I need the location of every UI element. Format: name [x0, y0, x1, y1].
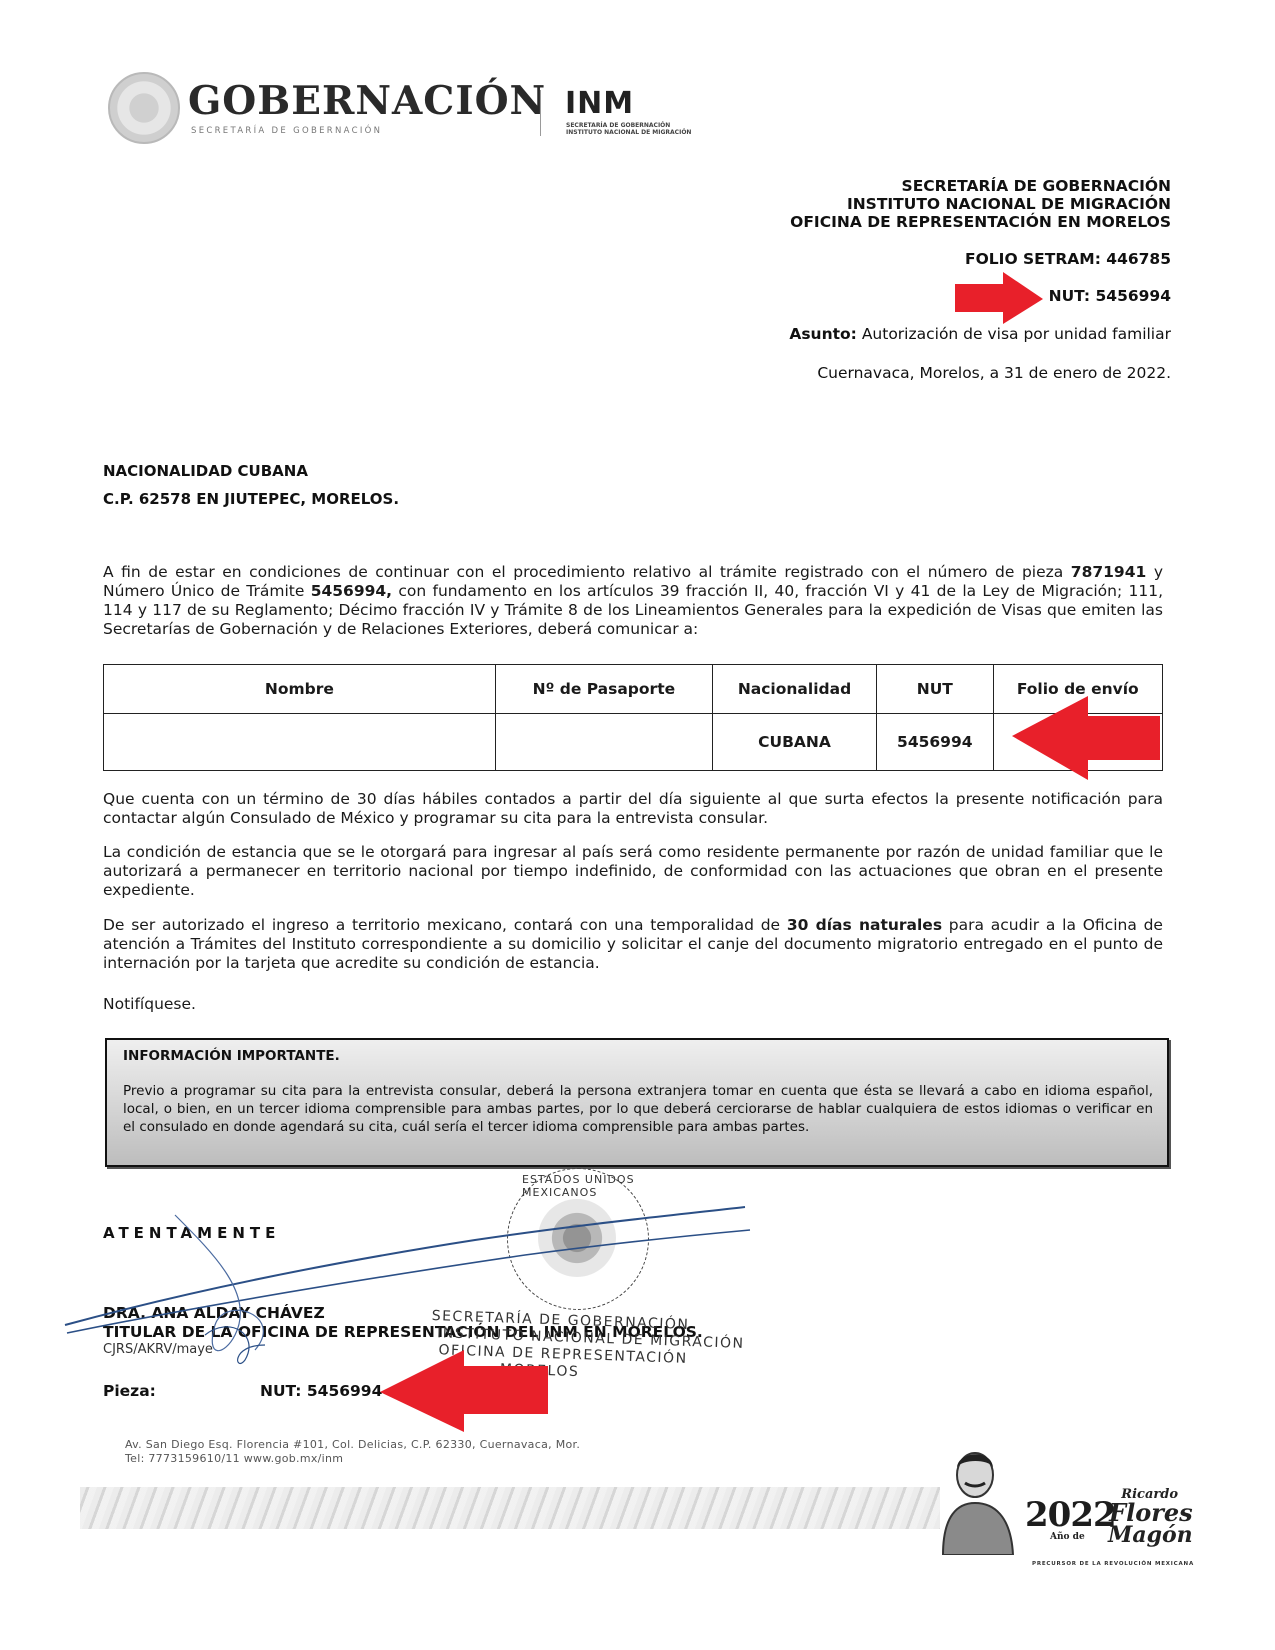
inm-logo-title: INM [565, 86, 634, 121]
nut-reference: NUT: 5456994 [1049, 287, 1171, 305]
entry-paragraph: De ser autorizado el ingreso a territori… [103, 916, 1163, 973]
issuer-line-2: INSTITUTO NACIONAL DE MIGRACIÓN [790, 195, 1171, 213]
cell-nacionalidad: CUBANA [712, 714, 876, 771]
red-arrow-left-icon [380, 1350, 550, 1432]
cell-nombre [104, 714, 496, 771]
footer-address-line: Av. San Diego Esq. Florencia #101, Col. … [125, 1438, 580, 1452]
important-info-box: INFORMACIÓN IMPORTANTE. Previo a program… [105, 1038, 1169, 1167]
commemorative-year: 2022 [1025, 1495, 1116, 1535]
footer-contact-line: Tel: 7773159610/11 www.gob.mx/inm [125, 1452, 580, 1466]
pieza-number: 7871941 [1071, 563, 1147, 581]
commemorative-name: Ricardo Flores Magón [1108, 1487, 1193, 1546]
red-arrow-right-icon [955, 272, 1045, 324]
place-date: Cuernavaca, Morelos, a 31 de enero de 20… [817, 364, 1171, 382]
commemorative-ano-de: Año de [1050, 1532, 1085, 1542]
col-header-nombre: Nombre [104, 665, 496, 714]
folio-setram: FOLIO SETRAM: 446785 [965, 250, 1171, 268]
mexico-coat-of-arms-logo [108, 72, 180, 144]
issuer-line-3: OFICINA DE REPRESENTACIÓN EN MORELOS [790, 213, 1171, 231]
ricardo-flores-magon-portrait-icon [933, 1445, 1023, 1555]
decorative-greca-band [80, 1487, 940, 1529]
notify-line: Notifíquese. [103, 995, 1163, 1014]
gobernacion-logo-subtitle: SECRETARÍA DE GOBERNACIÓN [191, 126, 382, 136]
issuer-block: SECRETARÍA DE GOBERNACIÓN INSTITUTO NACI… [790, 177, 1171, 231]
red-arrow-left-icon [1012, 696, 1160, 780]
col-header-nut: NUT [877, 665, 993, 714]
col-header-pasaporte: Nº de Pasaporte [495, 665, 712, 714]
term-paragraph: Que cuenta con un término de 30 días háb… [103, 790, 1163, 828]
applicant-table: Nombre Nº de Pasaporte Nacionalidad NUT … [103, 664, 1163, 771]
asunto-line: Asunto: Autorización de visa por unidad … [789, 325, 1171, 343]
intro-nut: 5456994, [311, 582, 392, 600]
name-magon: Magón [1108, 1524, 1193, 1546]
info-box-title: INFORMACIÓN IMPORTANTE. [123, 1048, 340, 1064]
inm-subtitle-line-2: INSTITUTO NACIONAL DE MIGRACIÓN [566, 129, 691, 136]
table-row: CUBANA 5456994 [104, 714, 1163, 771]
issuer-line-1: SECRETARÍA DE GOBERNACIÓN [790, 177, 1171, 195]
intro-text-1: A fin de estar en condiciones de continu… [103, 563, 1071, 581]
table-header-row: Nombre Nº de Pasaporte Nacionalidad NUT … [104, 665, 1163, 714]
footer-address: Av. San Diego Esq. Florencia #101, Col. … [125, 1438, 580, 1466]
entry-text-1: De ser autorizado el ingreso a territori… [103, 916, 787, 934]
asunto-label: Asunto: [789, 325, 857, 343]
col-header-nacionalidad: Nacionalidad [712, 665, 876, 714]
commemorative-tagline: PRECURSOR DE LA REVOLUCIÓN MEXICANA [1032, 1561, 1194, 1567]
name-flores: Flores [1108, 1502, 1193, 1524]
gobernacion-logo-title: GOBERNACIÓN [188, 78, 546, 124]
inm-logo-subtitle: SECRETARÍA DE GOBERNACIÓN INSTITUTO NACI… [566, 122, 691, 136]
recipient-line-1: NACIONALIDAD CUBANA [103, 462, 308, 480]
info-box-body: Previo a programar su cita para la entre… [123, 1082, 1153, 1136]
cell-pasaporte [495, 714, 712, 771]
intro-paragraph: A fin de estar en condiciones de continu… [103, 563, 1163, 639]
residence-paragraph: La condición de estancia que se le otorg… [103, 843, 1163, 900]
asunto-value: Autorización de visa por unidad familiar [857, 325, 1171, 343]
entry-days-bold: 30 días naturales [787, 916, 942, 934]
logo-divider [540, 90, 541, 136]
inm-subtitle-line-1: SECRETARÍA DE GOBERNACIÓN [566, 122, 691, 129]
recipient-line-2: C.P. 62578 EN JIUTEPEC, MORELOS. [103, 490, 399, 508]
cell-nut: 5456994 [877, 714, 993, 771]
